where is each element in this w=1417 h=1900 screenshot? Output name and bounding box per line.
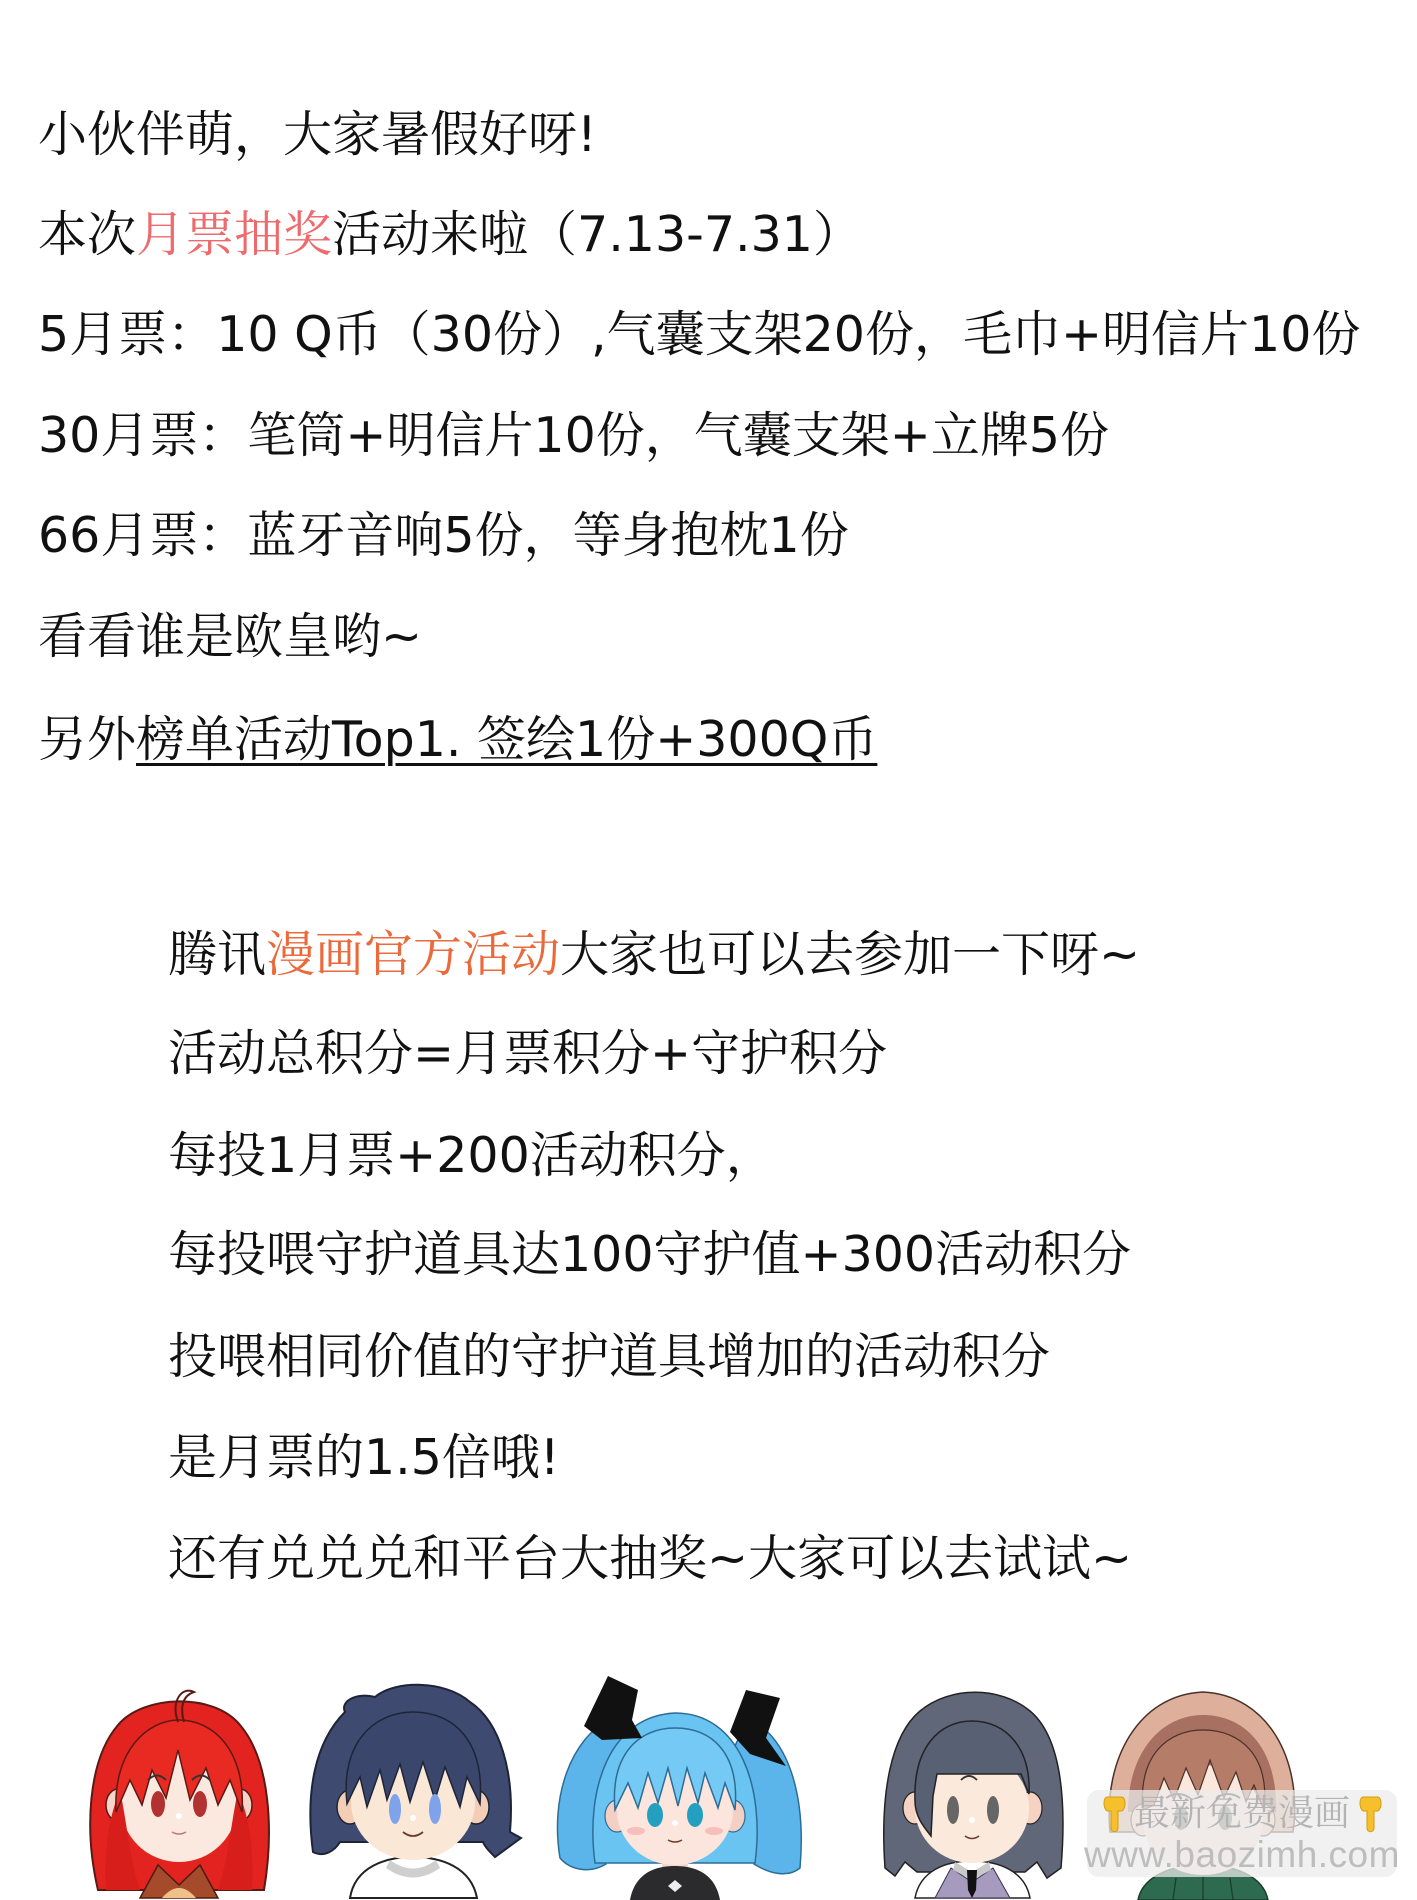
watermark: 最新免费漫画 www.baozimh.com — [1087, 1790, 1397, 1877]
tagline: 看看谁是欧皇哟~ — [38, 607, 422, 667]
eye — [193, 1791, 207, 1817]
eye — [647, 1803, 663, 1827]
prize-tier-prizes: 蓝牙音响5份，等身抱枕1份 — [247, 507, 848, 564]
eye — [429, 1794, 441, 1824]
official-event-intro: 腾讯漫画官方活动大家也可以去参加一下呀~ — [168, 925, 1140, 985]
ranking-underlined-text: 榜单活动Top1. 签绘1份+300Q币 — [136, 711, 877, 768]
greeting-text: 小伙伴萌，大家暑假好呀! — [38, 106, 597, 163]
prize-tier-label: 66月票： — [38, 507, 247, 564]
eye — [987, 1796, 999, 1824]
ranking-prefix: 另外 — [38, 711, 136, 768]
avatar-navy-hair-boy — [295, 1672, 530, 1900]
eye — [687, 1803, 703, 1827]
tagline-text: 看看谁是欧皇哟~ — [38, 608, 422, 665]
prize-tier-30: 30月票：笔筒+明信片10份，气囊支架+立牌5份 — [38, 406, 1109, 466]
eye — [151, 1791, 165, 1817]
official-intro-highlight: 漫画官方活动 — [266, 926, 560, 983]
eye — [389, 1794, 401, 1824]
avatar-blue-twintail-girl — [550, 1668, 805, 1900]
prize-tier-5: 5月票：10 Q币（30份）,气囊支架20份，毛巾+明信片10份 — [38, 305, 1360, 365]
watermark-url: www.baozimh.com — [1084, 1835, 1400, 1875]
ranking-line: 另外榜单活动Top1. 签绘1份+300Q币 — [38, 710, 877, 770]
prize-tier-66: 66月票：蓝牙音响5份，等身抱枕1份 — [38, 506, 849, 566]
prize-tier-prizes: 10 Q币（30份）,气囊支架20份，毛巾+明信片10份 — [216, 306, 1360, 363]
event-prefix: 本次 — [38, 206, 136, 263]
event-line: 本次月票抽奖活动来啦（7.13-7.31） — [38, 205, 862, 265]
event-suffix: 活动来啦（7.13-7.31） — [332, 206, 862, 263]
watermark-title: 最新免费漫画 — [1134, 1793, 1350, 1835]
rule-line: 还有兑兑兑和平台大抽奖~大家可以去试试~ — [168, 1529, 1132, 1589]
hand-pointing-down-icon — [1358, 1794, 1382, 1834]
official-intro-suffix: 大家也可以去参加一下呀~ — [560, 926, 1140, 983]
eye — [947, 1796, 959, 1824]
prize-tier-label: 30月票： — [38, 407, 247, 464]
avatar-red-hair-girl — [78, 1680, 278, 1900]
hand-pointing-down-icon — [1102, 1794, 1126, 1834]
event-highlight: 月票抽奖 — [136, 206, 332, 263]
rule-line: 投喂相同价值的守护道具增加的活动积分 — [168, 1327, 1050, 1387]
prize-tier-prizes: 笔筒+明信片10份，气囊支架+立牌5份 — [247, 407, 1109, 464]
avatar-gray-hair-girl — [875, 1676, 1070, 1900]
rule-line: 活动总积分=月票积分+守护积分 — [168, 1024, 887, 1084]
bow-left — [584, 1676, 642, 1740]
rule-line: 是月票的1.5倍哦! — [168, 1428, 560, 1488]
prize-tier-label: 5月票： — [38, 306, 216, 363]
watermark-title-row: 最新免费漫画 — [1102, 1793, 1382, 1835]
rule-line: 每投1月票+200活动积分， — [168, 1126, 775, 1186]
rule-line: 每投喂守护道具达100守护值+300活动积分 — [168, 1225, 1131, 1285]
greeting-line: 小伙伴萌，大家暑假好呀! — [38, 105, 597, 165]
official-intro-prefix: 腾讯 — [168, 926, 266, 983]
